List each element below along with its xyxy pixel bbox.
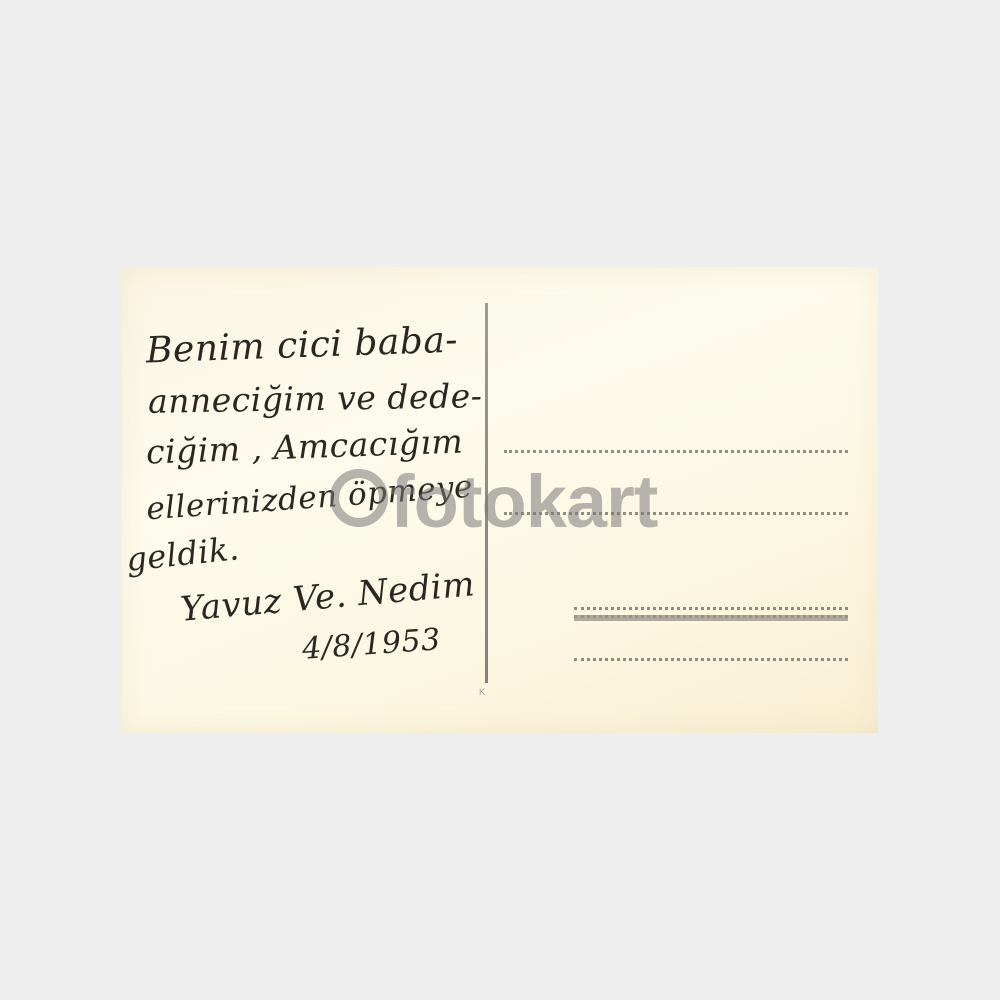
signature: Yavuz Ve. Nedim	[179, 564, 477, 630]
address-line-3	[574, 607, 848, 610]
printer-mark: K	[479, 687, 485, 697]
address-line-1	[504, 450, 848, 453]
message-line-1: Benim cici baba-	[145, 320, 458, 372]
address-line-2	[504, 512, 848, 515]
handwritten-date: 4/8/1953	[301, 622, 442, 667]
postcard-back: Benim cici baba- anneciğim ve dede- ciği…	[122, 267, 878, 733]
message-line-4: ellerinizden öpmeye	[145, 469, 474, 528]
image-stage: Benim cici baba- anneciğim ve dede- ciği…	[0, 0, 1000, 1000]
center-divider-line	[485, 303, 488, 683]
address-line-3-underline	[574, 615, 848, 621]
message-line-2: anneciğim ve dede-	[148, 376, 483, 421]
message-line-3: ciğim , Amcacığım	[145, 421, 463, 471]
address-line-4	[574, 658, 848, 661]
message-line-5: geldik.	[124, 529, 241, 579]
